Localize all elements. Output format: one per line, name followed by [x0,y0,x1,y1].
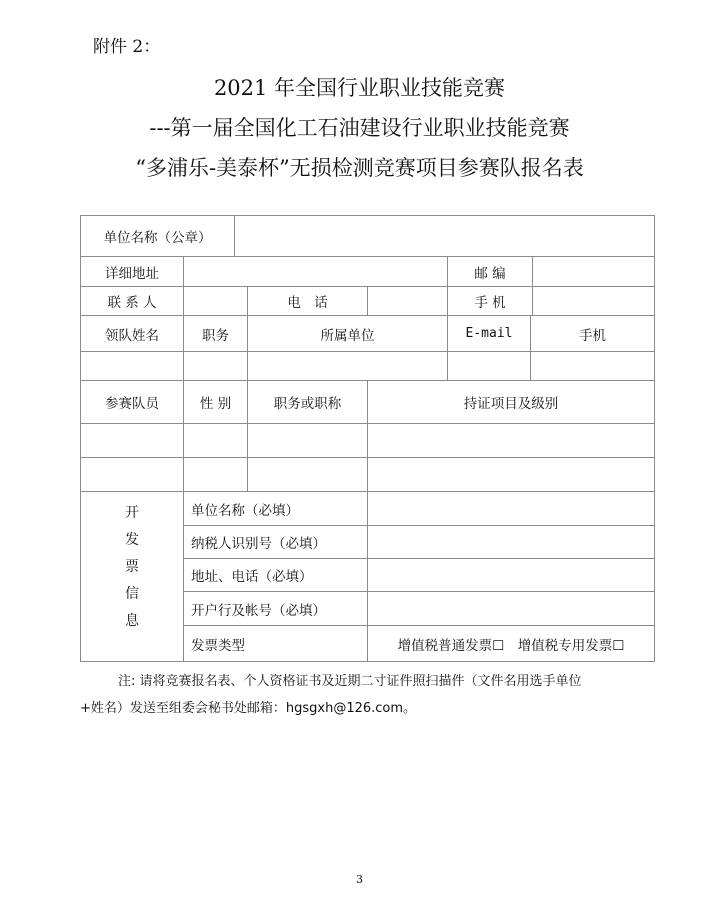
certificate-header: 持证项目及级别 [367,380,655,424]
phone-field[interactable] [367,286,448,316]
member-1-gender-field[interactable] [183,423,248,458]
leader-mobile-header: 手机 [530,315,655,352]
leader-name-field[interactable] [80,351,184,381]
member-2-name-field[interactable] [80,457,184,492]
invoice-label-char: 息 [125,608,139,635]
gender-header: 性 别 [183,380,248,424]
member-1-title-field[interactable] [247,423,368,458]
attachment-label: 附件 2： [93,32,160,57]
invoice-unit-name-field[interactable] [367,491,655,526]
address-field[interactable] [183,256,448,287]
invoice-address-phone-label: 地址、电话（必填） [183,558,368,592]
invoice-bank-account-label: 开户行及帐号（必填） [183,591,368,626]
invoice-label-char: 发 [125,527,139,554]
title-line-3: “多浦乐-美泰杯”无损检测竞赛项目参赛队报名表 [0,152,719,182]
invoice-unit-name-label: 单位名称（必填） [183,491,368,526]
member-header: 参赛队员 [80,380,184,424]
contact-field[interactable] [183,286,248,316]
leader-mobile-field[interactable] [530,351,655,381]
title-header: 职务或职称 [247,380,368,424]
leader-affiliation-header: 所属单位 [247,315,448,352]
invoice-type-label: 发票类型 [183,625,368,662]
phone-label: 电 话 [247,286,368,316]
leader-position-header: 职务 [183,315,248,352]
member-1-name-field[interactable] [80,423,184,458]
contact-label: 联 系 人 [80,286,184,316]
address-label: 详细地址 [80,256,184,287]
invoice-taxpayer-id-field[interactable] [367,525,655,559]
leader-affiliation-field[interactable] [247,351,448,381]
unit-name-label: 单位名称（公章） [80,215,235,257]
member-2-title-field[interactable] [247,457,368,492]
member-2-gender-field[interactable] [183,457,248,492]
invoice-taxpayer-id-label: 纳税人识别号（必填） [183,525,368,559]
registration-form-table: 单位名称（公章） 详细地址 邮 编 联 系 人 电 话 手 机 领队姓名 职务 … [80,215,655,662]
leader-position-field[interactable] [183,351,248,381]
invoice-address-phone-field[interactable] [367,558,655,592]
mobile-label: 手 机 [447,286,533,316]
title-line-1: 2021 年全国行业职业技能竞赛 [0,72,719,102]
invoice-label-char: 票 [125,554,139,581]
unit-name-field[interactable] [234,215,655,257]
member-1-certificate-field[interactable] [367,423,655,458]
invoice-label-char: 信 [125,581,139,608]
leader-name-header: 领队姓名 [80,315,184,352]
postcode-label: 邮 编 [447,256,533,287]
invoice-label-char: 开 [125,500,139,527]
mobile-field[interactable] [532,286,655,316]
note-line-2: +姓名）发送至组委会秘书处邮箱：hgsgxh@126.com。 [80,697,660,716]
note-line-1: 注: 请将竞赛报名表、个人资格证书及近期二寸证件照扫描件（文件名用选手单位 [80,670,660,689]
member-2-certificate-field[interactable] [367,457,655,492]
page-number: 3 [0,873,719,886]
leader-email-field[interactable] [447,351,531,381]
invoice-type-options[interactable]: 增值税普通发票☐ 增值税专用发票☐ [367,625,655,662]
postcode-field[interactable] [532,256,655,287]
title-line-2: ---第一届全国化工石油建设行业职业技能竞赛 [0,112,719,142]
invoice-bank-account-field[interactable] [367,591,655,626]
leader-email-header: E-mail [447,315,531,352]
invoice-section-label: 开 发 票 信 息 [80,491,184,662]
